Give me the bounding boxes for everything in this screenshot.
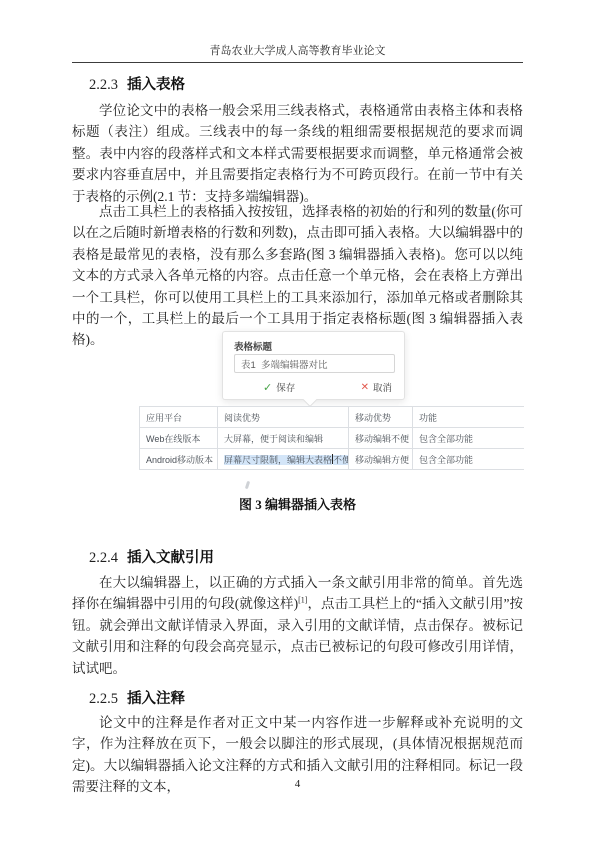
popup-action-row: ✓保存 ✕取消 xyxy=(223,379,406,395)
table-row: Web在线版本 大屏幕，便于阅读和编辑 移动编辑不便 包含全部功能 xyxy=(140,428,524,449)
table-title-input[interactable] xyxy=(234,354,395,373)
cancel-button[interactable]: ✕取消 xyxy=(361,379,392,395)
check-icon: ✓ xyxy=(263,381,272,394)
stray-mark xyxy=(245,481,250,490)
save-button[interactable]: ✓保存 xyxy=(263,379,295,395)
cell-web-platform[interactable]: Web在线版本 xyxy=(140,428,218,449)
cell-web-features[interactable]: 包含全部功能 xyxy=(413,428,524,449)
header-cell-platform[interactable]: 应用平台 xyxy=(140,407,218,428)
section-title: 插入表格 xyxy=(127,77,185,93)
cell-web-reading[interactable]: 大屏幕，便于阅读和编辑 xyxy=(218,428,349,449)
cell-web-mobile[interactable]: 移动编辑不便 xyxy=(349,428,413,449)
paragraph-insert-table-howto: 点击工具栏上的表格插入按按钮，选择表格的初始的行和列的数量(你可以在之后随时新增… xyxy=(72,201,523,351)
header-cell-reading[interactable]: 阅读优势 xyxy=(218,407,349,428)
save-button-label: 保存 xyxy=(276,380,295,394)
thesis-page: 青岛农业大学成人高等教育毕业论文 2.2.3插入表格 学位论文中的表格一般会采用… xyxy=(72,0,523,842)
section-number: 2.2.5 xyxy=(89,691,118,707)
figure-caption: 图 3 编辑器插入表格 xyxy=(72,494,523,513)
header-cell-mobile[interactable]: 移动优势 xyxy=(349,407,413,428)
section-heading-2-2-3: 2.2.3插入表格 xyxy=(89,76,523,94)
table-header-row: 应用平台 阅读优势 移动优势 功能 xyxy=(140,407,524,428)
cancel-button-label: 取消 xyxy=(373,380,392,394)
cell-android-platform[interactable]: Android移动版本 xyxy=(140,449,218,470)
paragraph-citation-howto: 在大以编辑器上，以正确的方式插入一条文献引用非常的简单。首先选择你在编辑器中引用… xyxy=(72,572,523,679)
running-header: 青岛农业大学成人高等教育毕业论文 xyxy=(72,44,523,63)
section-number: 2.2.4 xyxy=(89,550,118,566)
section-heading-2-2-5: 2.2.5插入注释 xyxy=(89,690,523,708)
cell-android-mobile[interactable]: 移动编辑方便 xyxy=(349,449,413,470)
table-row: Android移动版本 屏幕尺寸限制，编辑大表格不便 移动编辑方便 包含全部功能 xyxy=(140,449,524,470)
selected-text: 不便 xyxy=(333,455,348,465)
table-title-popup-label: 表格标题 xyxy=(234,339,272,353)
popup-tail xyxy=(303,393,317,407)
selected-text: 屏幕尺寸限制，编辑大表格 xyxy=(224,455,332,465)
section-title: 插入注释 xyxy=(127,691,185,707)
section-title: 插入文献引用 xyxy=(127,550,214,566)
comparison-table: 应用平台 阅读优势 移动优势 功能 Web在线版本 大屏幕，便于阅读和编辑 移动… xyxy=(139,406,524,470)
header-cell-features[interactable]: 功能 xyxy=(413,407,524,428)
section-heading-2-2-4: 2.2.4插入文献引用 xyxy=(89,549,523,567)
cell-android-reading-selected[interactable]: 屏幕尺寸限制，编辑大表格不便 xyxy=(218,449,349,470)
table-title-popup: 表格标题 ✓保存 ✕取消 xyxy=(222,331,405,400)
cell-android-features[interactable]: 包含全部功能 xyxy=(413,449,524,470)
paragraph-tables-intro: 学位论文中的表格一般会采用三线表格式，表格通常由表格主体和表格标题（表注）组成。… xyxy=(72,100,523,207)
section-number: 2.2.3 xyxy=(89,77,118,93)
x-icon: ✕ xyxy=(361,382,369,393)
page-number: 4 xyxy=(72,778,523,790)
